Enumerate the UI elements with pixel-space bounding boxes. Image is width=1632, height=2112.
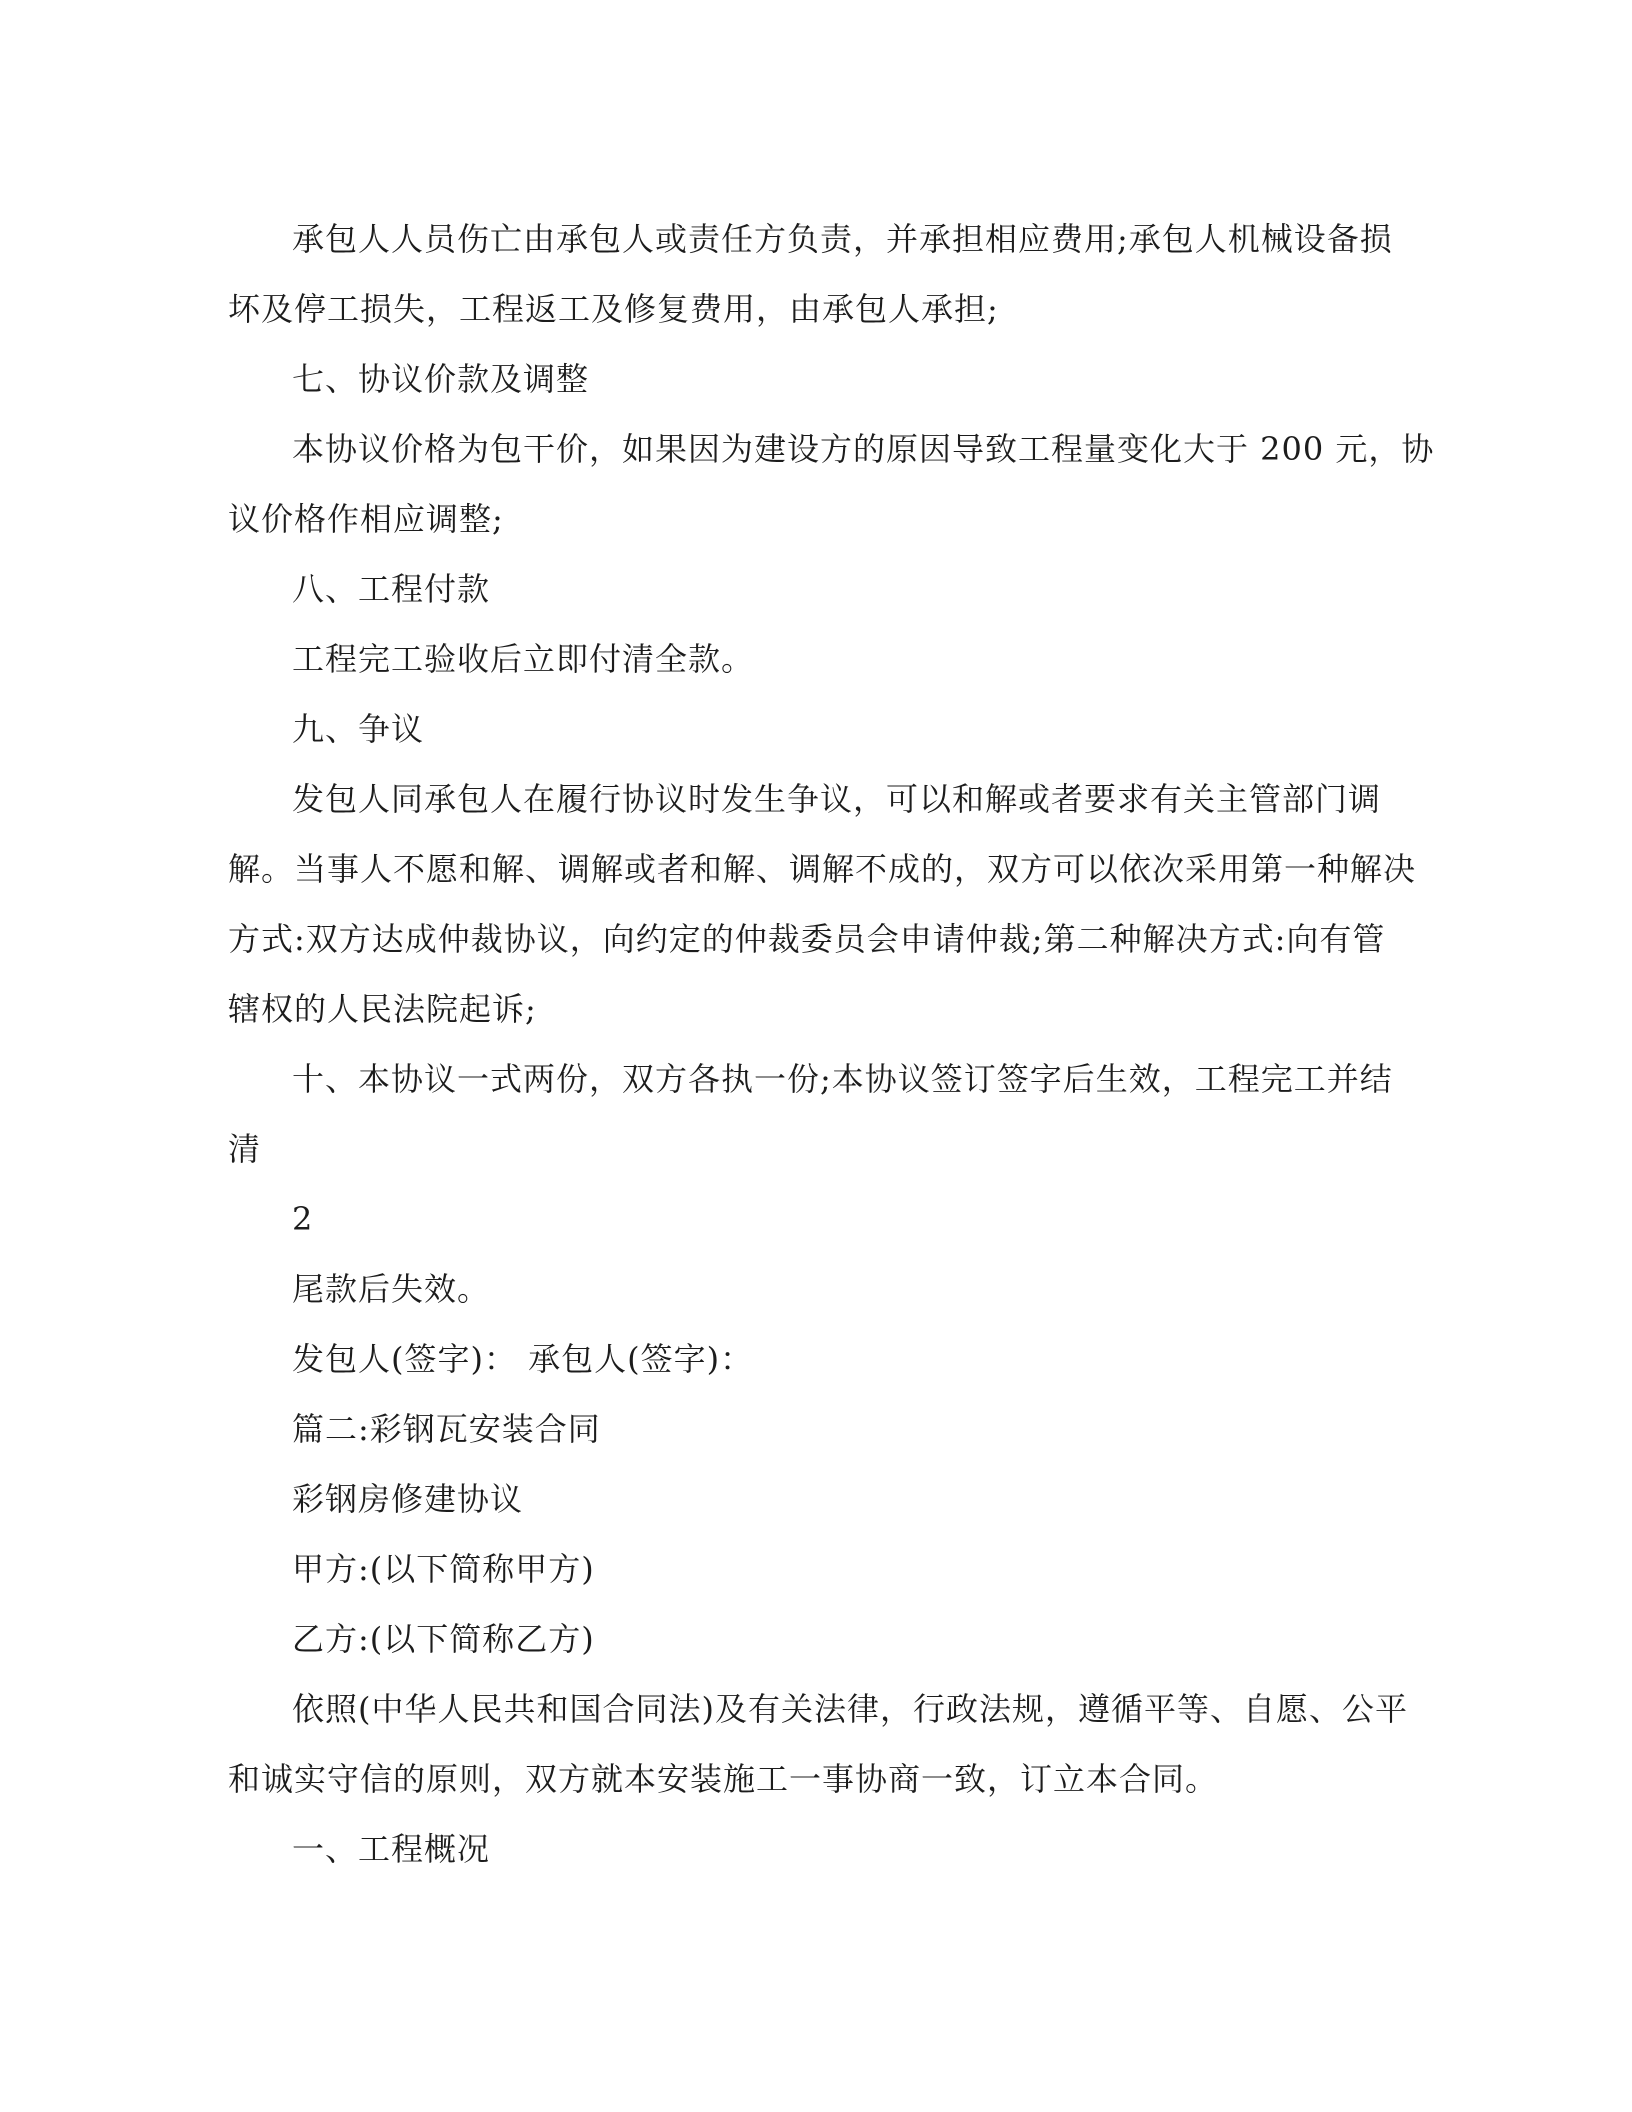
document-line: 坏及停工损失，工程返工及修复费用，由承包人承担; bbox=[228, 274, 1452, 344]
section-heading: 八、工程付款 bbox=[228, 554, 1452, 624]
document-line: 本协议价格为包干价，如果因为建设方的原因导致工程量变化大于 200 元，协 bbox=[228, 414, 1452, 484]
document-line: 依照(中华人民共和国合同法)及有关法律，行政法规，遵循平等、自愿、公平 bbox=[228, 1674, 1452, 1744]
document-line: 发包人同承包人在履行协议时发生争议，可以和解或者要求有关主管部门调 bbox=[228, 764, 1452, 834]
document-page: 承包人人员伤亡由承包人或责任方负责，并承担相应费用;承包人机械设备损 坏及停工损… bbox=[0, 0, 1632, 2112]
document-line: 和诚实守信的原则，双方就本安装施工一事协商一致，订立本合同。 bbox=[228, 1744, 1452, 1814]
document-line: 十、本协议一式两份，双方各执一份;本协议签订签字后生效，工程完工并结 bbox=[228, 1044, 1452, 1114]
party-a-line: 甲方:(以下简称甲方) bbox=[228, 1534, 1452, 1604]
section-heading: 一、工程概况 bbox=[228, 1814, 1452, 1884]
document-line: 辖权的人民法院起诉; bbox=[228, 974, 1452, 1044]
document-line: 承包人人员伤亡由承包人或责任方负责，并承担相应费用;承包人机械设备损 bbox=[228, 204, 1452, 274]
party-b-line: 乙方:(以下简称乙方) bbox=[228, 1604, 1452, 1674]
document-line: 工程完工验收后立即付清全款。 bbox=[228, 624, 1452, 694]
section-heading: 九、争议 bbox=[228, 694, 1452, 764]
document-title: 彩钢房修建协议 bbox=[228, 1464, 1452, 1534]
part-title: 篇二:彩钢瓦安装合同 bbox=[228, 1394, 1452, 1464]
document-line: 尾款后失效。 bbox=[228, 1254, 1452, 1324]
document-line: 议价格作相应调整; bbox=[228, 484, 1452, 554]
document-line: 清 bbox=[228, 1114, 1452, 1184]
document-line: 方式:双方达成仲裁协议，向约定的仲裁委员会申请仲裁;第二种解决方式:向有管 bbox=[228, 904, 1452, 974]
section-heading: 七、协议价款及调整 bbox=[228, 344, 1452, 414]
page-number: 2 bbox=[228, 1184, 1452, 1254]
document-line: 解。当事人不愿和解、调解或者和解、调解不成的，双方可以依次采用第一种解决 bbox=[228, 834, 1452, 904]
signature-line: 发包人(签字)： 承包人(签字)： bbox=[228, 1324, 1452, 1394]
